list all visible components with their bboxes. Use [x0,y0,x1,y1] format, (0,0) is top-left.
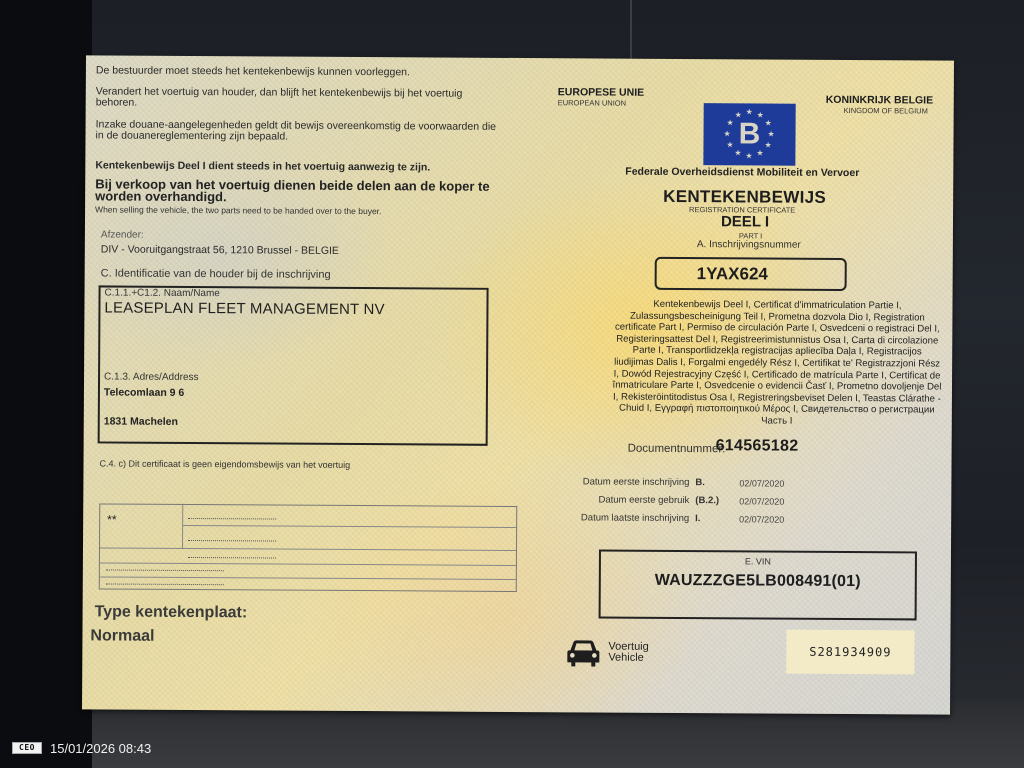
country-label: KONINKRIJK BELGIE [826,94,933,107]
dotted-field [106,568,224,571]
holder-address-line-1: Telecomlaan 9 6 [104,386,184,398]
star-icon: ★ [757,111,764,119]
photo-timestamp: 15/01/2026 08:43 [50,741,151,756]
photo-overlay: CEO 15/01/2026 08:43 [12,740,151,756]
eu-stars-icon: ★★★★★★★★★★★★ [704,103,796,104]
holder-name: LEASEPLAN FLEET MANAGEMENT NV [104,299,384,318]
multilingual-titles: Kentekenbewijs Deel I, Certificat d'imma… [612,299,943,429]
document-part: DEEL I [721,213,769,230]
grid-marker: ** [107,512,116,526]
star-icon: ★ [746,108,753,116]
date-value: 02/07/2020 [739,496,784,506]
dotted-field [106,582,224,585]
vin-box: E. VIN WAUZZZGE5LB008491(01) [599,549,917,620]
holder-address-label: C.1.3. Adres/Address [104,371,199,383]
notice-line-2a: Verandert het voertuig van houder, dan b… [96,85,463,99]
country-code-letter: B [703,117,795,152]
document-number: 614565182 [716,437,799,456]
document-number-label: Documentnummer: [628,443,726,456]
notice-line-5b: worden overhandigd. [95,189,227,203]
star-icon: ★ [745,152,752,160]
star-icon: ★ [727,119,734,127]
dotted-field [188,556,276,559]
holder-section-title: C. Identificatie van de houder bij de in… [101,267,331,280]
grid-line [100,576,516,580]
notice-line-4: Kentekenbewijs Deel I dient steeds in he… [95,159,430,173]
registration-number: 1YAX624 [697,264,768,284]
star-icon: ★ [734,149,741,157]
date-value: 02/07/2020 [739,478,784,488]
date-code: (B.2.) [695,495,719,506]
camera-logo: CEO [12,742,42,754]
country-sub-label: KINGDOM OF BELGIUM [844,106,928,116]
sender-value: DIV - Vooruitgangstraat 56, 1210 Brussel… [101,243,339,256]
eu-sub-label: EUROPEAN UNION [558,98,626,107]
plate-type-label: Type kentekenplaat: [95,603,248,622]
date-label: Datum laatste inschrijving [549,512,689,524]
date-label: Datum eerste inschrijving [549,476,689,488]
date-value: 02/07/2020 [739,514,784,524]
grid-line [100,547,516,551]
star-icon: ★ [726,141,733,149]
vin-label: E. VIN [601,556,915,568]
serial-number: S281934909 [786,645,914,660]
notice-line-6: When selling the vehicle, the two parts … [95,204,381,216]
grid-divider [182,505,183,549]
car-icon [566,638,600,668]
registration-label: A. Inschrijvingsnummer [697,239,801,251]
grid-line [182,525,516,528]
notice-line-2b: behoren. [96,96,138,108]
empty-entry-grid: ** [99,503,518,592]
serial-sticker: S281934909 [786,630,914,675]
grid-line [100,562,516,566]
eu-flag-belgium: B ★★★★★★★★★★★★ [703,103,795,166]
registration-certificate: De bestuurder moet steeds het kentekenbe… [82,55,954,714]
eu-label: EUROPESE UNIE [558,86,644,99]
dotted-field [188,539,276,542]
star-icon: ★ [724,130,731,138]
holder-address-line-2: 1831 Machelen [104,415,178,427]
date-label: Datum eerste gebruik [549,494,689,506]
plate-type-value: Normaal [90,627,154,645]
dotted-field [188,517,276,520]
notice-line-1: De bestuurder moet steeds het kentekenbe… [96,64,410,78]
notice-line-3b: in de douanereglementering zijn bepaald. [95,129,288,142]
vin-value: WAUZZZGE5LB008491(01) [601,572,915,592]
star-icon: ★ [768,131,775,139]
vehicle-label-en: Vehicle [608,653,644,664]
star-icon: ★ [756,149,763,157]
registration-number-box: 1YAX624 [655,257,847,291]
holder-name-label: C.1.1.+C1.2. Naam/Name [105,287,220,299]
date-code: I. [695,513,700,524]
holder-box: C.1.1.+C1.2. Naam/Name LEASEPLAN FLEET M… [98,285,489,445]
sender-label: Afzender: [101,229,144,240]
authority-name: Federale Overheidsdienst Mobiliteit en V… [625,166,859,179]
star-icon: ★ [735,111,742,119]
star-icon: ★ [764,142,771,150]
ownership-note: C.4. c) Dit certificaat is geen eigendom… [99,458,350,470]
date-code: B. [695,477,705,488]
star-icon: ★ [765,120,772,128]
